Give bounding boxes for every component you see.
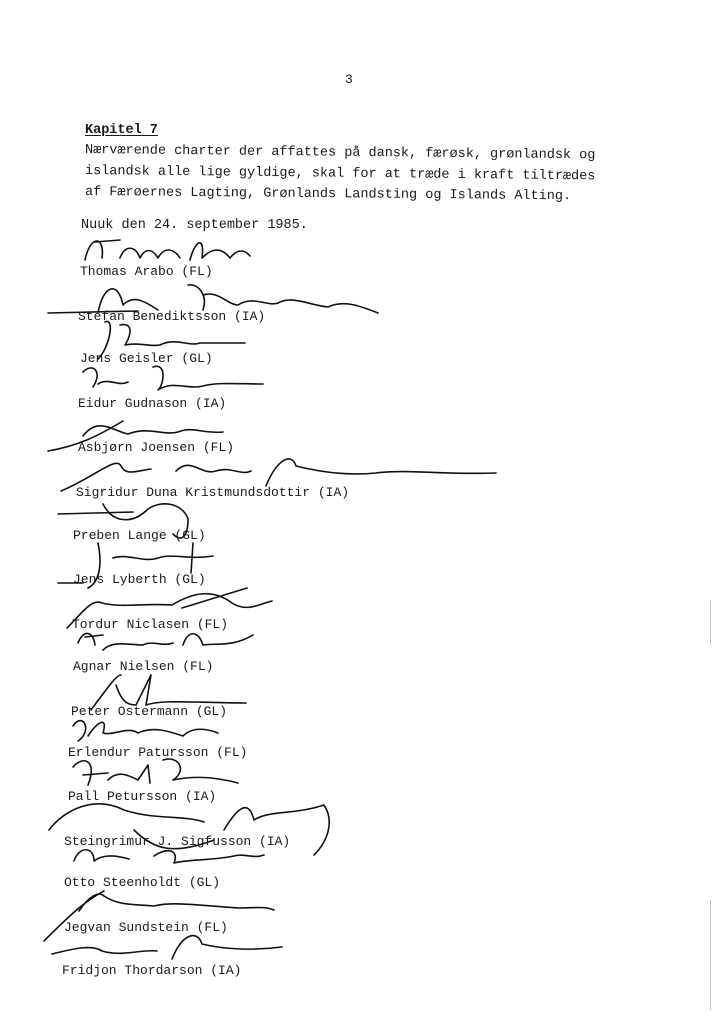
- scan-artifact-line: [710, 600, 711, 645]
- signatory-entry: Erlendur Patursson (FL): [0, 713, 724, 759]
- signatory-entry: Jegvan Sundstein (FL): [0, 888, 724, 934]
- signatory-entry: Sigridur Duna Kristmundsdottir (IA): [0, 453, 724, 499]
- signatory-entry: Jens Geisler (GL): [0, 319, 724, 365]
- signatory-entry: Agnar Nielsen (FL): [0, 627, 724, 673]
- paragraph-line: af Færøernes Lagting, Grønlands Landstin…: [85, 182, 665, 208]
- chapter-paragraph: Nærværende charter der affattes på dansk…: [85, 140, 665, 203]
- signatory-entry: Preben Lange (GL): [0, 496, 724, 542]
- signatory-entry: Jens Lyberth (GL): [0, 540, 724, 586]
- signatory-entry: Asbjørn Joensen (FL): [0, 408, 724, 454]
- signatory-name: Fridjon Thordarson (IA): [62, 963, 241, 978]
- signatory-entry: Otto Steenholdt (GL): [0, 843, 724, 889]
- scan-artifact-line: [710, 900, 711, 1010]
- page-number: 3: [345, 72, 353, 87]
- signatory-entry: Eidur Gudnason (IA): [0, 364, 724, 410]
- handwritten-signature: [62, 929, 522, 989]
- signatory-entry: Fridjon Thordarson (IA): [0, 931, 724, 977]
- chapter-heading: Kapitel 7: [85, 123, 158, 138]
- signatory-entry: Pall Petursson (IA): [0, 757, 724, 803]
- signatory-entry: Thomas Arabo (FL): [0, 232, 724, 278]
